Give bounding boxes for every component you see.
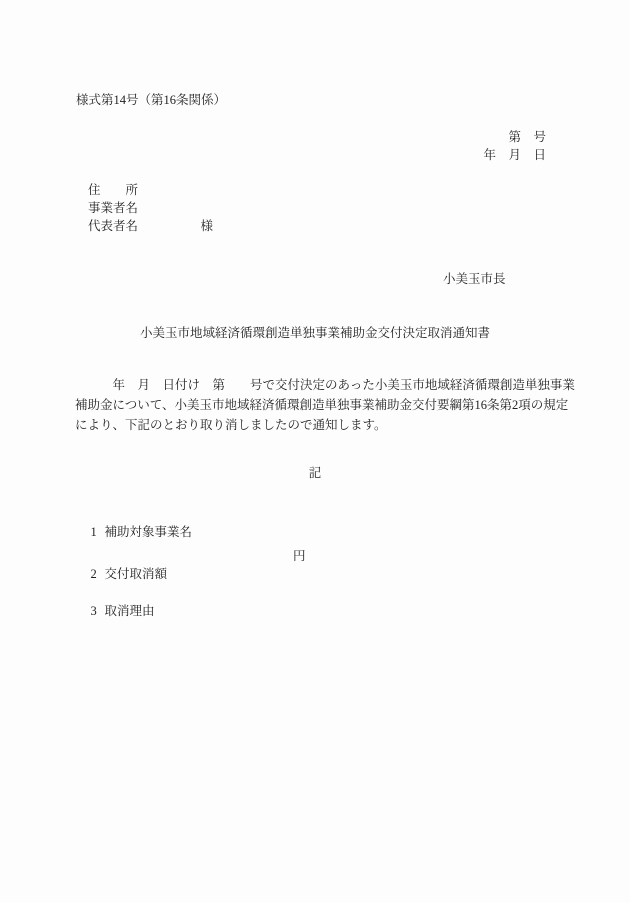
currency-unit-label: 円 <box>293 547 306 565</box>
recipient-address-label: 住 所 <box>88 181 213 199</box>
document-number-line: 第 号 <box>508 128 546 146</box>
form-number: 様式第14号（第16条関係） <box>76 91 226 109</box>
list-item-cancelled-grant-amount: 2交付取消額 円 <box>78 547 167 565</box>
list-item-subsidized-project-name: 1補助対象事業名 <box>78 505 192 523</box>
recipient-representative-label: 代表者名 様 <box>88 217 213 235</box>
item-number: 1 <box>91 523 105 541</box>
body-line-3: により、下記のとおり取り消しましたので通知します。 <box>75 415 585 435</box>
item-number: 3 <box>91 602 105 620</box>
item-label: 交付取消額 <box>105 567 168 581</box>
recipient-business-name-label: 事業者名 <box>88 199 213 217</box>
recipient-block: 住 所 事業者名 代表者名 様 <box>88 181 213 235</box>
item-number: 2 <box>91 565 105 583</box>
document-page: 様式第14号（第16条関係） 第 号 年 月 日 住 所 事業者名 代表者名 様… <box>0 0 630 903</box>
body-paragraph: 年 月 日付け 第 号で交付決定のあった小美玉市地域経済循環創造単独事業 補助金… <box>75 375 585 435</box>
body-line-2: 補助金について、小美玉市地域経済循環創造単独事業補助金交付要綱第16条第2項の規… <box>75 395 585 415</box>
document-title: 小美玉市地域経済循環創造単独事業補助金交付決定取消通知書 <box>0 324 630 342</box>
item-label: 取消理由 <box>105 604 155 618</box>
body-line-1: 年 月 日付け 第 号で交付決定のあった小美玉市地域経済循環創造単独事業 <box>75 375 585 395</box>
sender-name: 小美玉市長 <box>443 270 506 288</box>
date-line: 年 月 日 <box>483 146 546 164</box>
section-marker: 記 <box>0 464 630 482</box>
list-item-cancellation-reason: 3取消理由 <box>78 584 155 602</box>
item-label: 補助対象事業名 <box>105 525 193 539</box>
